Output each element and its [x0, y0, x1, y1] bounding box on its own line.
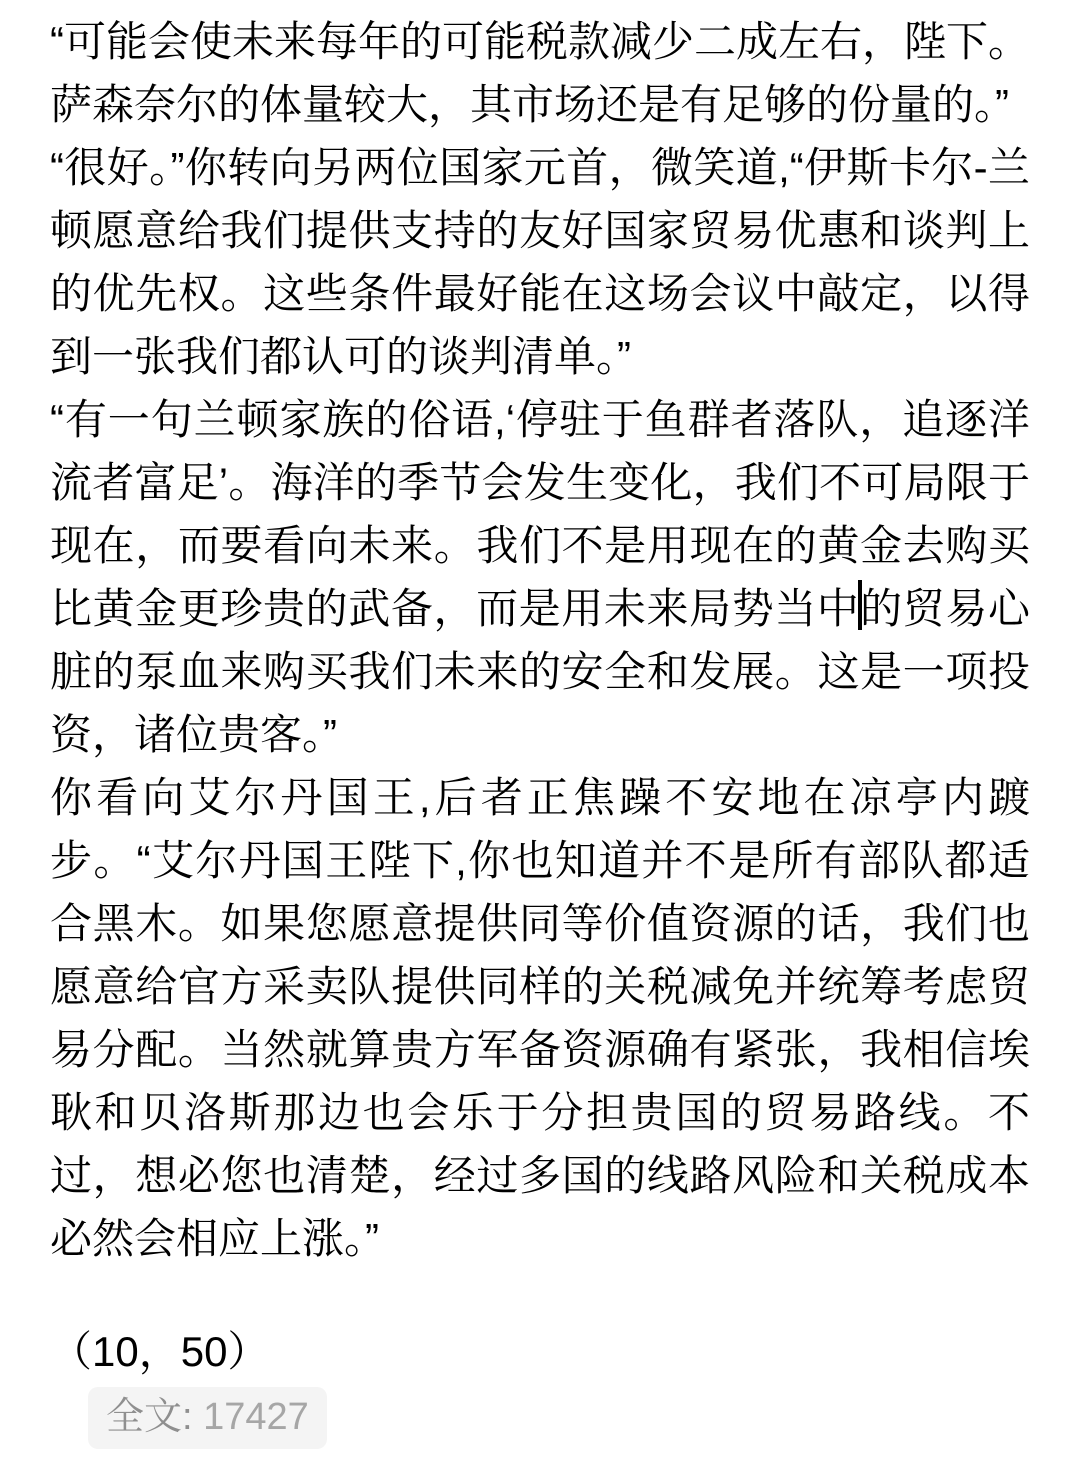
word-count-label: 全文: — [106, 1396, 193, 1438]
paragraph-1[interactable]: “可能会使未来每年的可能税款减少二成左右，陛下。萨森奈尔的体量较大，其市场还是有… — [50, 10, 1030, 136]
word-count-value: 17427 — [203, 1396, 309, 1438]
editor-text-area[interactable]: “可能会使未来每年的可能税款减少二成左右，陛下。萨森奈尔的体量较大，其市场还是有… — [0, 0, 1080, 1449]
word-count-badge: 全文: 17427 — [88, 1387, 327, 1449]
paragraph-3[interactable]: “有一句兰顿家族的俗语,‘停驻于鱼群者落队，追逐洋流者富足’。海洋的季节会发生变… — [50, 388, 1030, 766]
paragraph-4[interactable]: 你看向艾尔丹国王,后者正焦躁不安地在凉亭内踱步。“艾尔丹国王陛下,你也知道并不是… — [50, 766, 1030, 1270]
coords-note-paragraph[interactable]: （10，50） — [50, 1320, 1030, 1383]
paragraph-2[interactable]: “很好。”你转向另两位国家元首，微笑道,“伊斯卡尔-兰顿愿意给我们提供支持的友好… — [50, 136, 1030, 388]
